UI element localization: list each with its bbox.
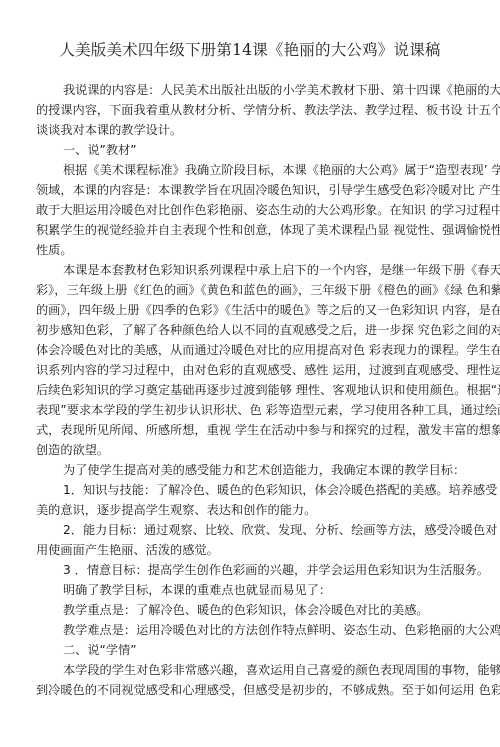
text-line: 谈谈我对本课的教学设计。: [36, 120, 466, 140]
text-line: 后续色彩知识的学习奠定基础再逐步过渡到能够 理性、客观地认识和使用颜色。根据“造…: [36, 380, 466, 400]
text-line: 一、说”教材”: [36, 140, 466, 160]
text-line: 美的意识，逐步提高学生观察、表达和创作的能力。: [36, 500, 466, 520]
text-line: 用使画面产生艳丽、活泼的感觉。: [36, 540, 466, 560]
text-line: 我说课的内容是：人民美术出版社出版的小学美术教材下册、第十四课《艳丽的大 公鸡》: [36, 80, 466, 100]
text-line: 体会冷暖色对比的美感，从而通过冷暖色对比的应用提高对色 彩表现力的课程。学生在色…: [36, 340, 466, 360]
text-line: 式，表现所见所闻、所感所想，重视 学生在活动中参与和探究的过程，激发丰富的想象，…: [36, 420, 466, 440]
text-line: 二、说“学情”: [36, 640, 466, 660]
text-line: 1．知识与技能：了解冷色、暖色的色彩知识，体会冷暖色搭配的美感。培养感受 色彩: [36, 480, 466, 500]
document-title: 人美版美术四年级下册第14课《艳丽的大公鸡》说课稿: [0, 38, 500, 60]
text-line: 本课是本套教材色彩知识系列课程中承上启下的一个内容，是继一年级下册《春天 的色: [36, 260, 466, 280]
text-line: 积累学生的视觉经验并自主表现个性和创意，体现了美术课程凸显 视觉性、强调愉悦性的…: [36, 220, 466, 240]
text-line: 到冷暖色的不同视觉感受和心理感受，但感受是初步的，不够成熟。至于如何运用 色彩使…: [36, 680, 466, 700]
text-line: 识系列内容的学习过程中，由对色彩的直观感受、感性 运用，过渡到直观感受、理性运用…: [36, 360, 466, 380]
text-line: 教学难点是：运用冷暖色对比的方法创作特点鲜明、姿态生动、色彩艳丽的大公鸡。: [36, 620, 466, 640]
text-line: 表现”要求本学段的学生初步认识形状、色 彩等造型元素，学习使用各种工具，通过绘画…: [36, 400, 466, 420]
text-line: 2．能力目标：通过观察、比较、欣赏、发现、分析、绘画等方法，感受冷暖色对 比运: [36, 520, 466, 540]
document-page: 人美版美术四年级下册第14课《艳丽的大公鸡》说课稿 我说课的内容是：人民美术出版…: [0, 0, 500, 747]
text-line: 性质。: [36, 240, 466, 260]
text-line: 的画》，四年级上册《四季的色彩》《生活中的暖色》等之后的又一色彩知识 内容，是在…: [36, 300, 466, 320]
text-line: 为了使学生提高对美的感受能力和艺术创造能力，我确定本课的教学目标：: [36, 460, 466, 480]
text-line: 根据《美术课程标准》我确立阶段目标，本课《艳丽的大公鸡》属于“造型表现’ 学习: [36, 160, 466, 180]
text-line: 本学段的学生对色彩非常感兴趣，喜欢运用自己喜爱的颜色表现周围的事物，能够 体会: [36, 660, 466, 680]
text-line: 明确了教学目标，本课的重难点也就显而易见了：: [36, 580, 466, 600]
text-line: 3 ．情意目标：提高学生创作色彩画的兴趣，并学会运用色彩知识为生活服务。: [36, 560, 466, 580]
text-line: 彩》，三年级上册《红色的画》《黄色和蓝色的画》，三年级下册《橙色的画》《绿 色和…: [36, 280, 466, 300]
text-line: 的授课内容，下面我着重从教材分析、学情分析、教法学法、教学过程、板书设 计五个方…: [36, 100, 466, 120]
text-line: 初步感知色彩，了解了各种颜色给人以不同的直观感受之后，进一步探 究色彩之间的对比…: [36, 320, 466, 340]
text-line: 领域，本课的内容是：本课教学旨在巩固冷暖色知识，引导学生感受色彩冷暖对比 产生的…: [36, 180, 466, 200]
text-line: 敢于大胆运用冷暖色对比创作色彩艳丽、姿态生动的大公鸡形象。在知识 的学习过程中，…: [36, 200, 466, 220]
document-body: 我说课的内容是：人民美术出版社出版的小学美术教材下册、第十四课《艳丽的大 公鸡》…: [36, 80, 466, 700]
text-line: 教学重点是：了解冷色、暖色的色彩知识，体会冷暖色对比的美感。: [36, 600, 466, 620]
text-line: 创造的欲望。: [36, 440, 466, 460]
